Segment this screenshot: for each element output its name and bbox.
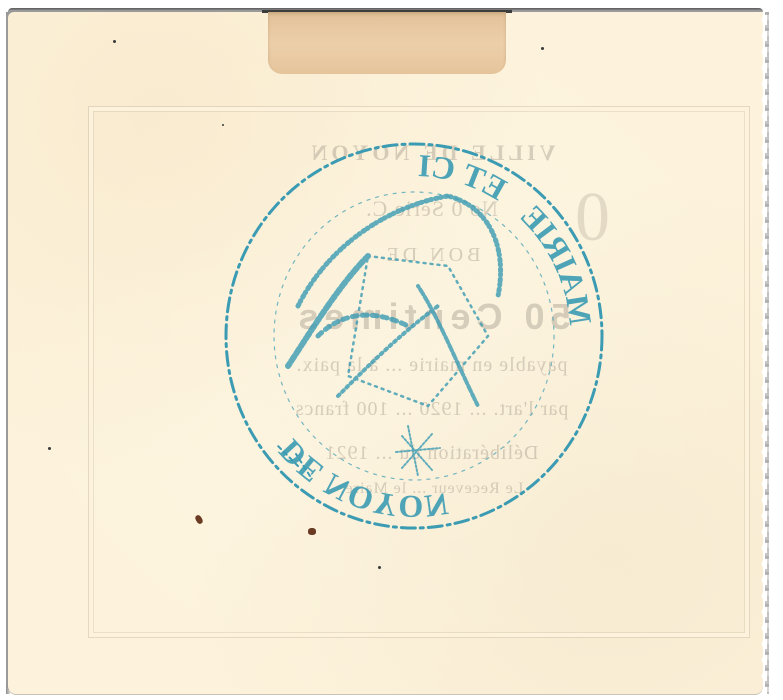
perforated-edge	[755, 12, 767, 694]
stamp-graphic: ET CI MAIRIE DE NOYON	[218, 136, 610, 536]
stamp-hinge-tape	[268, 12, 506, 74]
dust-speck	[113, 40, 116, 43]
dust-speck	[378, 566, 381, 569]
stamp-bottom-text: DE NOYON	[272, 433, 451, 525]
dust-speck	[48, 447, 51, 450]
foxing-spot	[308, 528, 316, 535]
town-hall-stamp: ET CI MAIRIE DE NOYON	[218, 136, 610, 536]
armoiries-icon	[288, 196, 501, 476]
scan-background: VILLE DE NOYON No 0 Série C. BON DE 50 C…	[0, 0, 783, 700]
dust-speck	[541, 47, 544, 50]
dust-speck	[222, 124, 224, 126]
